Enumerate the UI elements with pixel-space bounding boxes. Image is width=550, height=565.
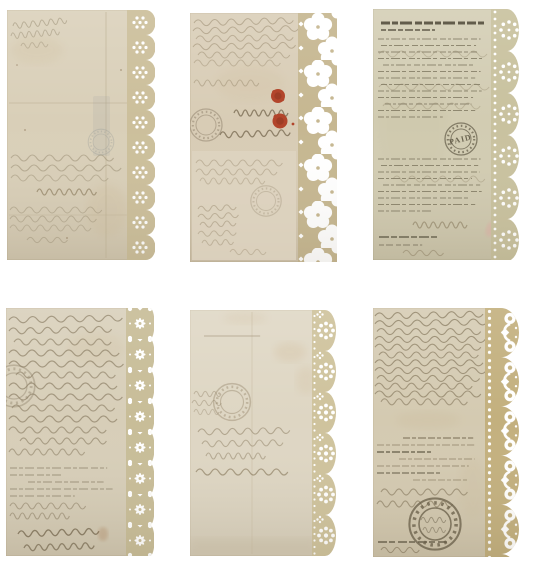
- vintage-paper-card-6: [373, 308, 520, 557]
- brown-smudge: [98, 527, 108, 541]
- vintage-paper-3-image: PAID: [373, 9, 520, 260]
- vintage-paper-card-2: [190, 13, 337, 262]
- lace-edge: [483, 308, 520, 557]
- paper-body: [373, 308, 491, 557]
- vintage-paper-card-4: [6, 308, 154, 556]
- paper-body: [373, 9, 497, 260]
- paper-body: [7, 10, 133, 260]
- vintage-paper-card-5: [190, 310, 337, 556]
- vintage-paper-2-image: [190, 13, 337, 262]
- paper-collage: PAID: [0, 0, 550, 565]
- vintage-paper-card-3: PAID: [373, 9, 520, 260]
- vintage-paper-card-1: [7, 10, 155, 260]
- vintage-paper-4-image: [6, 308, 154, 556]
- overlapping-receipt: [192, 151, 296, 260]
- lace-edge: [125, 10, 155, 260]
- lace-edge: [124, 308, 154, 556]
- lace-edge: [298, 13, 337, 262]
- vintage-paper-5-image: [190, 310, 337, 556]
- vintage-paper-6-image: [373, 308, 520, 557]
- lace-edge: [489, 9, 520, 260]
- vintage-paper-1-image: [7, 10, 155, 260]
- lace-edge: [310, 310, 337, 556]
